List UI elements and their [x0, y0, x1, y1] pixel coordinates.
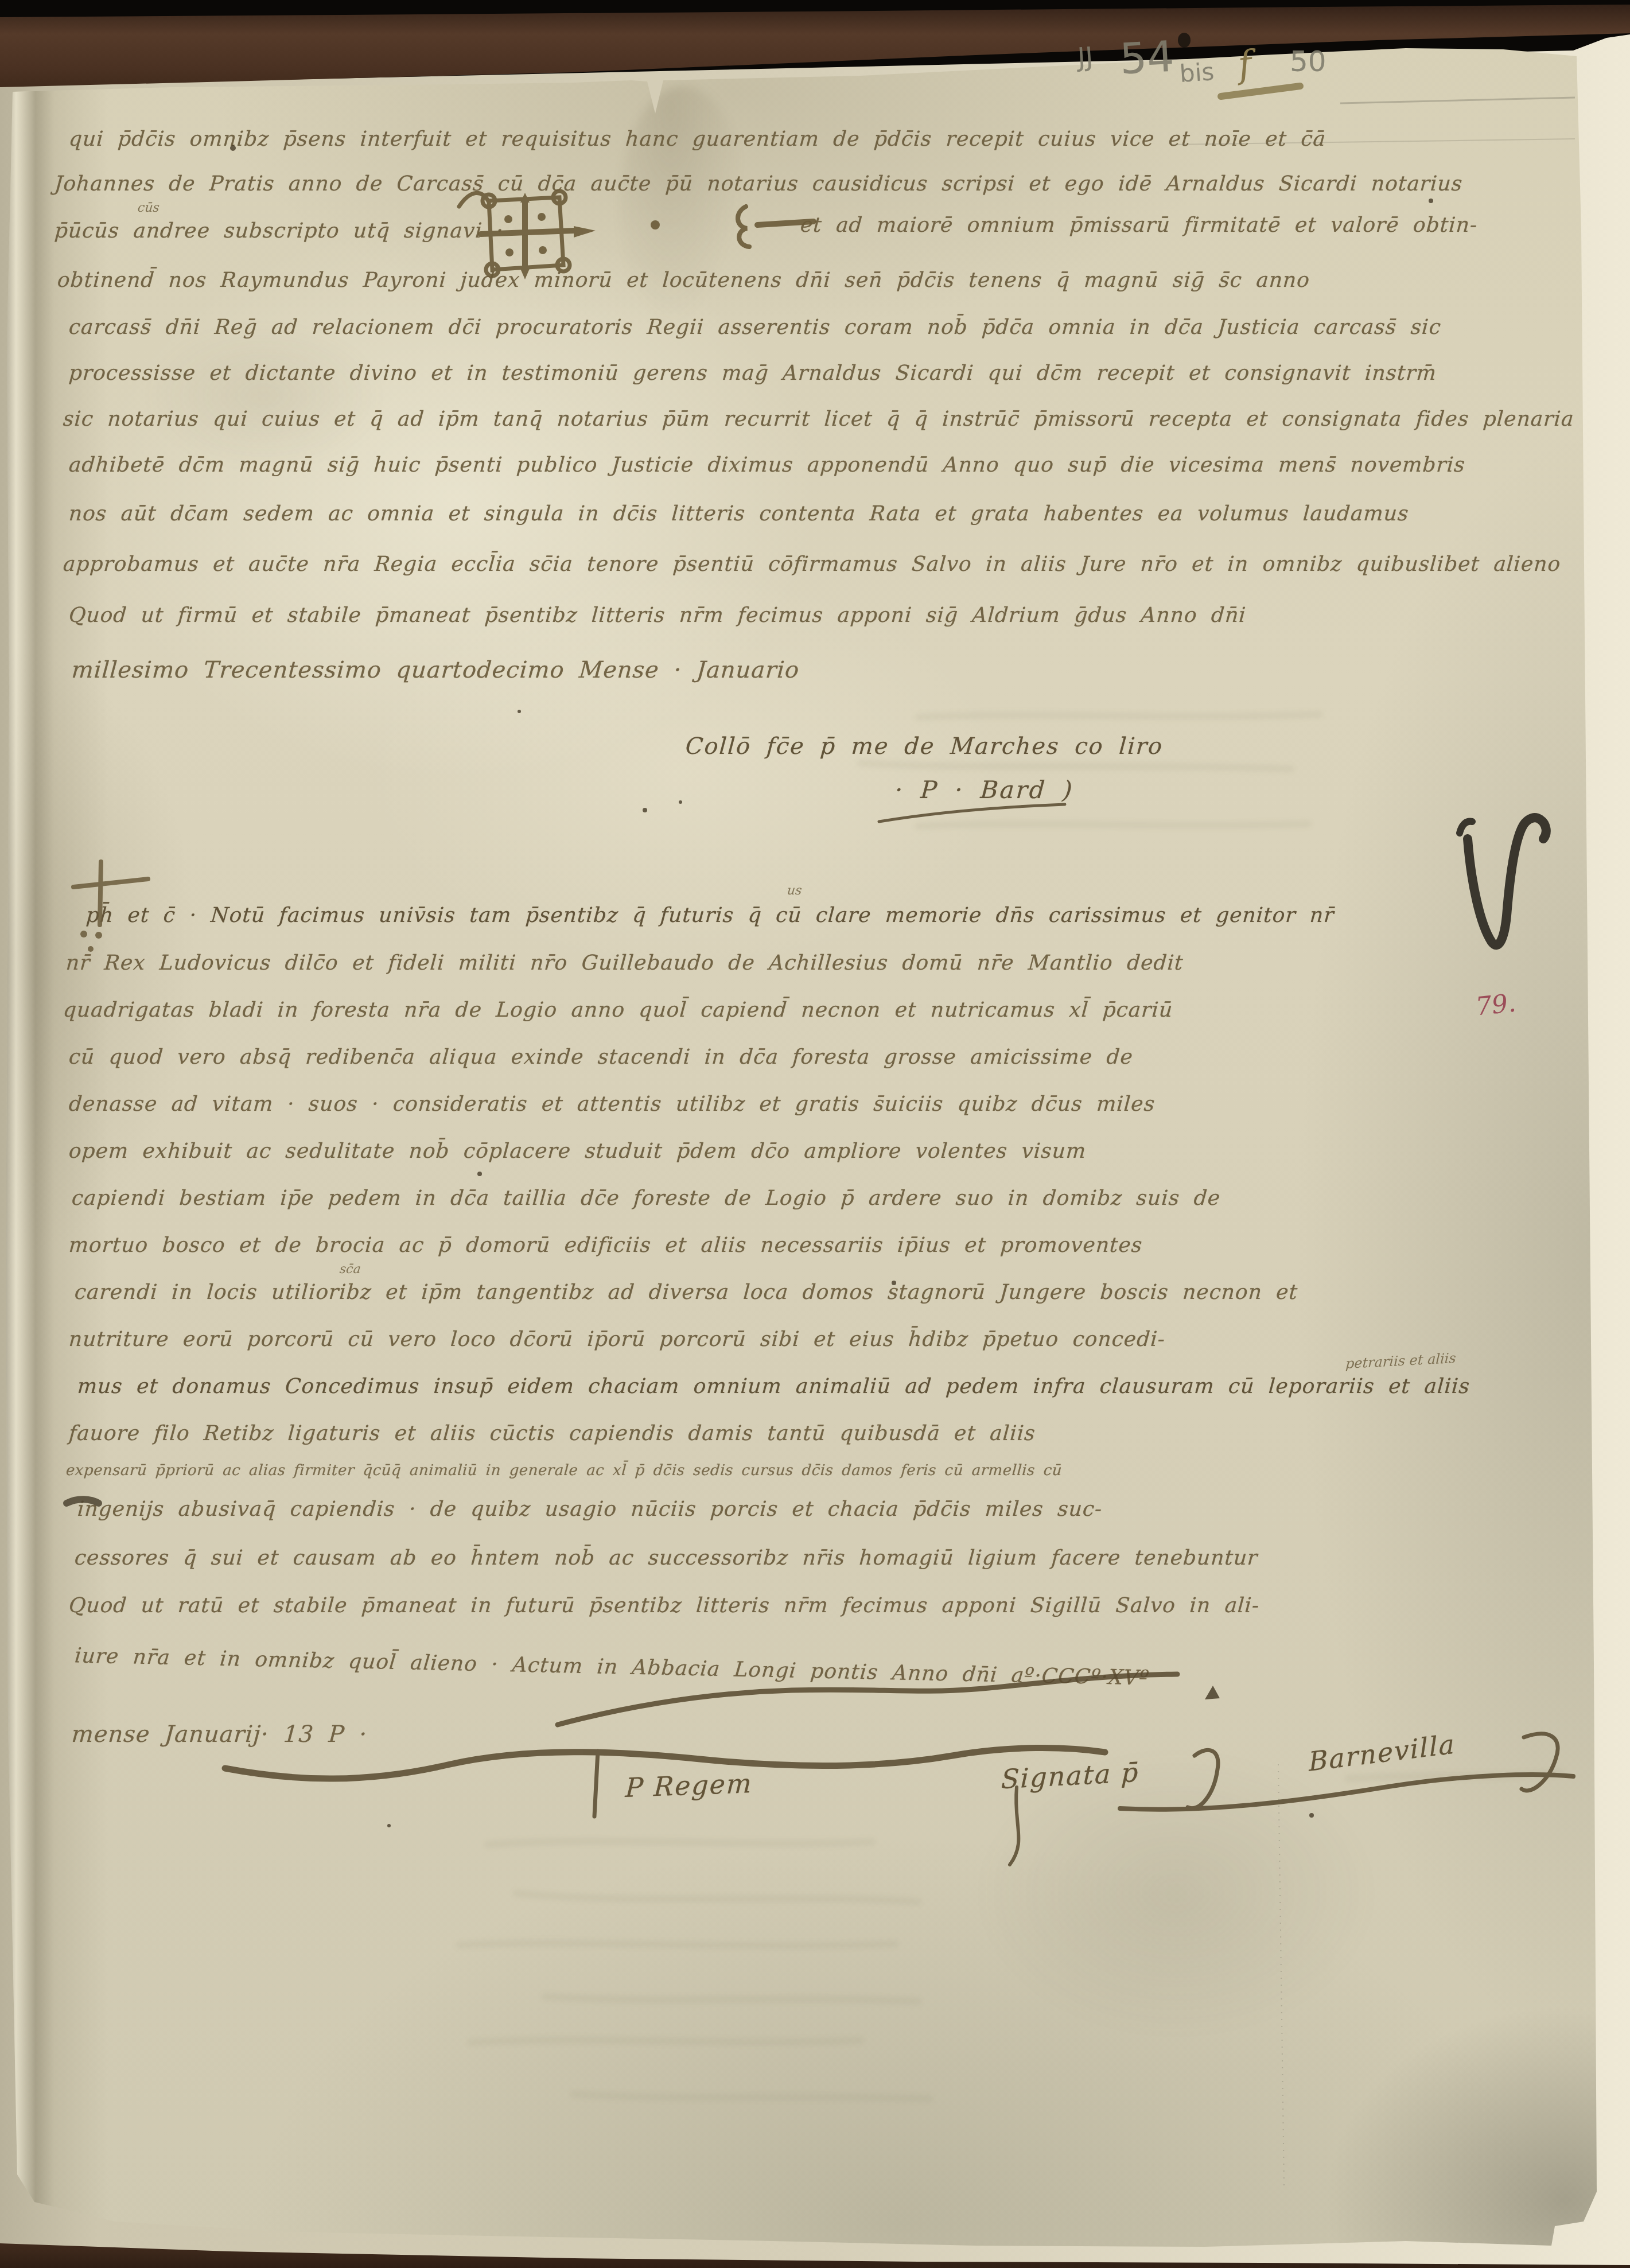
notarial-sign-icon — [459, 191, 596, 279]
margin-v-mark — [1460, 818, 1546, 945]
margin-cross-mark — [73, 862, 148, 952]
ruling-lines — [1172, 98, 1575, 2186]
manuscript-photo: JJ 54 bis f 50 79. qui p̄dc̄is omnibz p̄… — [0, 0, 1630, 2268]
ink-specks — [230, 33, 1433, 1827]
pen-flourishes — [225, 804, 1573, 1865]
punctuation-dot-and-flourish — [651, 207, 814, 247]
ink-drawing-layer — [0, 0, 1630, 2268]
f-mark-underline — [1221, 86, 1300, 96]
verso-show-through — [459, 714, 1561, 2099]
margin-dash-mark — [67, 1499, 99, 1503]
caret-mark — [1205, 1686, 1220, 1699]
wormhole — [1178, 33, 1191, 48]
